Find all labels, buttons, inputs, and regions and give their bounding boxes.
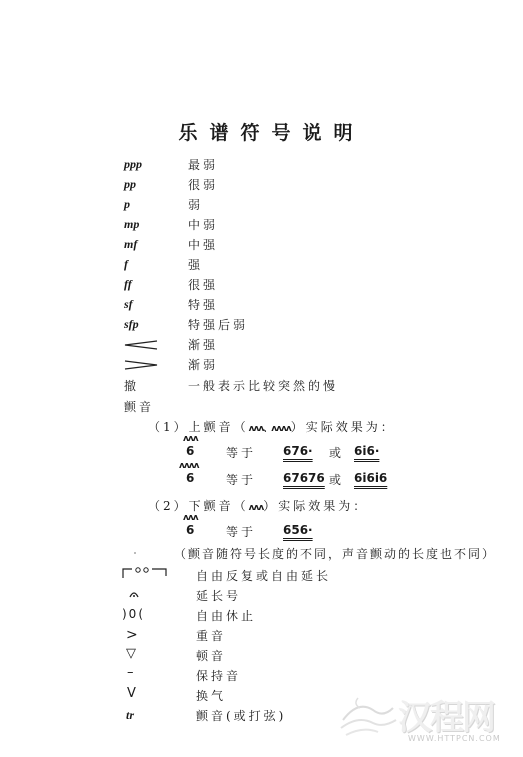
symbol-p: p: [124, 197, 130, 212]
free-repeat-icon: [122, 567, 168, 579]
or-label: 或: [329, 471, 344, 488]
symbol-pp: pp: [124, 177, 136, 192]
trill-result: 67676: [283, 471, 325, 485]
or-label: 或: [329, 444, 344, 461]
trill-note-text: （颤音随符号长度的不同，声音颤动的长度也不同）: [174, 545, 496, 562]
meaning-sf: 特强: [188, 296, 218, 313]
meaning-che: 一般表示比较突然的慢: [188, 377, 338, 394]
meaning-mp: 中弱: [188, 216, 218, 233]
meaning-mf: 中强: [188, 236, 218, 253]
meaning-staccato: 顿音: [196, 647, 226, 664]
meaning-p: 弱: [188, 196, 203, 213]
meaning-breath: 换气: [196, 687, 226, 704]
trill-mark-long-icon: ʌʌʌʌ: [179, 461, 198, 471]
trill-marks: ʌʌʌ、ʌʌʌʌ: [249, 424, 291, 434]
symbol-f: f: [124, 257, 128, 272]
trill-note: 6: [186, 444, 194, 458]
symbol-mf: mf: [124, 237, 137, 252]
lower-trill-label-start: （2）下颤音（: [148, 499, 249, 513]
meaning-trill-tr: 颤音(或打弦): [196, 707, 286, 724]
equals-label: 等于: [226, 523, 256, 540]
meaning-accent: 重音: [196, 627, 226, 644]
meaning-pp: 很弱: [188, 176, 218, 193]
meaning-crescendo: 渐强: [188, 336, 218, 353]
meaning-ff: 很强: [188, 276, 218, 293]
upper-trill-label-end: ）实际效果为：: [291, 420, 396, 434]
trill-result: 656·: [283, 523, 313, 537]
trill-result: 676·: [283, 444, 313, 458]
meaning-ppp: 最弱: [188, 156, 218, 173]
meaning-free-repeat: 自由反复或自由延长: [196, 567, 331, 584]
staccato-icon: ▽: [126, 646, 136, 661]
symbol-ppp: ppp: [124, 157, 142, 172]
meaning-f: 强: [188, 256, 203, 273]
upper-trill-label: （1）上颤音（ʌʌʌ、ʌʌʌʌ）实际效果为：: [148, 418, 396, 435]
watermark-logo-text: 汉程网: [398, 690, 494, 739]
meaning-tenuto: 保持音: [196, 667, 241, 684]
scan-speck: [134, 552, 136, 554]
symbol-sfp: sfp: [124, 317, 139, 332]
trill-tr-icon: tr: [126, 708, 134, 723]
meaning-free-rest: 自由休止: [196, 607, 256, 624]
symbol-ff: ff: [124, 277, 132, 292]
fermata-icon: [129, 590, 139, 598]
lower-trill-mark-icon: ʌʌʌ: [183, 513, 198, 523]
meaning-sfp: 特强后弱: [188, 316, 248, 333]
upper-trill-label-start: （1）上颤音（: [148, 420, 249, 434]
crescendo-icon: [124, 340, 158, 350]
lower-trill-label: （2）下颤音（ʌʌʌ）实际效果为：: [148, 497, 368, 514]
trill-result-alt: 6i6i6: [354, 471, 387, 485]
decrescendo-icon: [124, 360, 158, 370]
trill-marks: ʌʌʌ: [249, 503, 264, 513]
accent-icon: >: [126, 627, 138, 643]
page-title: 乐谱符号说明: [0, 118, 523, 145]
trill-note: 6: [186, 471, 194, 485]
symbol-che: 撤: [124, 377, 139, 394]
lower-trill-label-end: ）实际效果为：: [263, 499, 368, 513]
meaning-fermata: 延长号: [196, 587, 241, 604]
equals-label: 等于: [226, 471, 256, 488]
watermark-url: WWW.HTTPCN.COM: [408, 734, 501, 743]
equals-label: 等于: [226, 444, 256, 461]
trill-heading: 颤音: [124, 398, 154, 415]
trill-mark-icon: ʌʌʌ: [183, 434, 198, 444]
symbol-mp: mp: [124, 217, 139, 232]
symbol-sf: sf: [124, 297, 133, 312]
watermark-logo-icon: [338, 690, 398, 740]
trill-note: 6: [186, 523, 194, 537]
trill-result-alt: 6i6·: [354, 444, 379, 458]
breath-icon: V: [127, 686, 136, 701]
meaning-decrescendo: 渐弱: [188, 356, 218, 373]
tenuto-icon: –: [127, 665, 134, 680]
free-rest-icon: )0(: [122, 607, 145, 621]
